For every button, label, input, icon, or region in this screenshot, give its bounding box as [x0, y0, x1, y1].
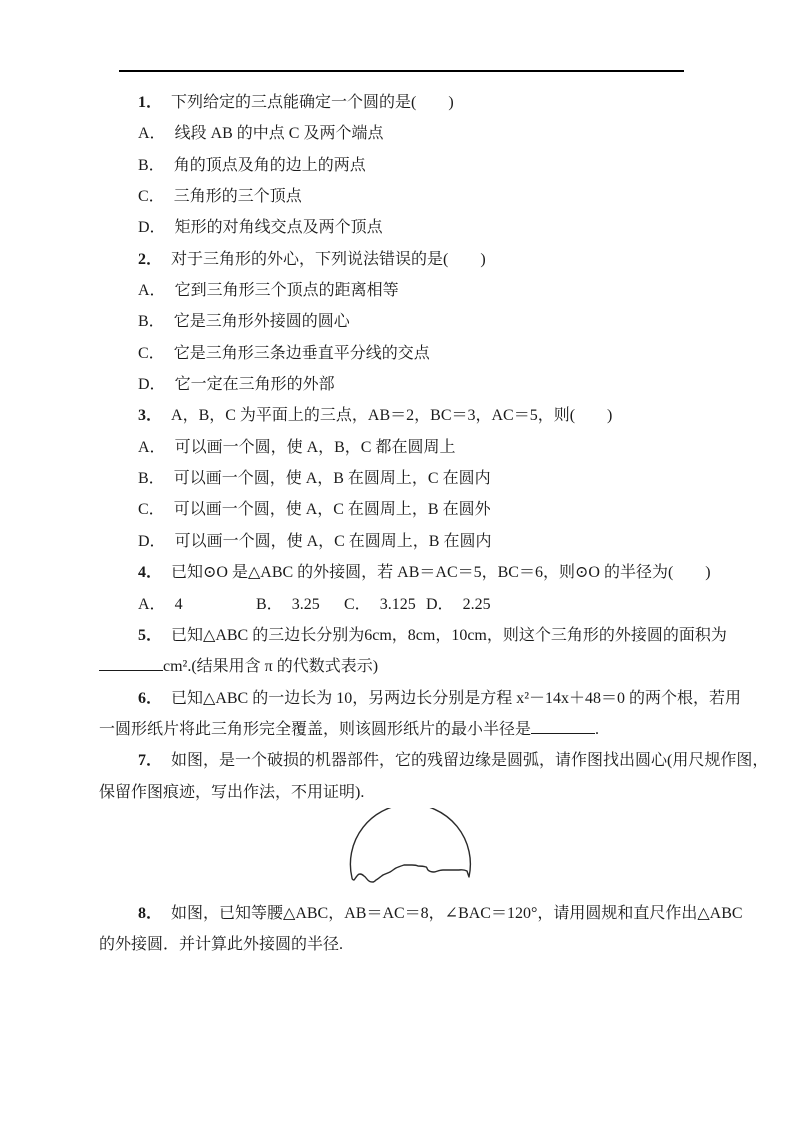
question-3-option-a: A．可以画一个圆，使 A，B，C 都在圆周上 [99, 432, 699, 463]
question-2-stem-text: 对于三角形的外心，下列说法错误的是( ) [171, 251, 486, 268]
question-5-answer-line: cm².(结果用含 π 的代数式表示) [99, 651, 699, 682]
question-8-number: 8． [138, 905, 162, 922]
question-8-stem-line-2: 的外接圆．并计算此外接圆的半径. [99, 929, 699, 960]
question-7-figure-row [99, 808, 699, 898]
question-4-option-c: C．3.125 [344, 589, 426, 620]
question-4-stem-text: 已知⊙O 是△ABC 的外接圆，若 AB＝AC＝5，BC＝6，则⊙O 的半径为(… [171, 564, 711, 581]
worksheet-page: 1．下列给定的三点能确定一个圆的是( ) A．线段 AB 的中点 C 及两个端点… [0, 0, 793, 1122]
question-5-number: 5． [138, 627, 162, 644]
question-7-stem-text: 如图，是一个破损的机器部件，它的残留边缘是圆弧，请作图找出圆心(用尺规作图， [171, 752, 768, 769]
answer-blank [531, 732, 595, 734]
header-divider [119, 70, 684, 72]
question-1-option-a: A．线段 AB 的中点 C 及两个端点 [99, 118, 699, 149]
question-5-stem: 5．已知△ABC 的三边长分别为6cm，8cm，10cm，则这个三角形的外接圆的… [99, 620, 699, 651]
question-5-stem-text: 已知△ABC 的三边长分别为6cm，8cm，10cm，则这个三角形的外接圆的面积… [171, 627, 727, 644]
question-3-stem-text: A，B，C 为平面上的三点，AB＝2，BC＝3，AC＝5，则( ) [171, 407, 612, 424]
question-4-options: A．4B．3.25C．3.125D．2.25 [99, 589, 699, 620]
question-2-number: 2． [138, 251, 162, 268]
question-6-stem-text: 已知△ABC 的一边长为 10，另两边长分别是方程 x²－14x＋48＝0 的两… [171, 690, 741, 707]
question-6-number: 6． [138, 690, 162, 707]
question-4-number: 4． [138, 564, 162, 581]
worksheet-content: 1．下列给定的三点能确定一个圆的是( ) A．线段 AB 的中点 C 及两个端点… [99, 87, 699, 961]
question-7-number: 7． [138, 752, 162, 769]
question-7-stem: 7．如图，是一个破损的机器部件，它的残留边缘是圆弧，请作图找出圆心(用尺规作图， [99, 745, 699, 776]
question-4-option-d: D．2.25 [426, 589, 491, 620]
question-1-option-d: D．矩形的对角线交点及两个顶点 [99, 212, 699, 243]
question-6-answer-line: 一圆形纸片将此三角形完全覆盖，则该圆形纸片的最小半径是. [99, 714, 699, 745]
question-7-stem-line-2: 保留作图痕迹，写出作法，不用证明). [99, 777, 699, 808]
question-3-option-d: D．可以画一个圆，使 A，C 在圆周上，B 在圆内 [99, 526, 699, 557]
question-1-number: 1． [138, 94, 162, 111]
question-2-option-b: B．它是三角形外接圆的圆心 [99, 306, 699, 337]
answer-blank [99, 669, 163, 671]
question-8-stem: 8．如图，已知等腰△ABC，AB＝AC＝8，∠BAC＝120°，请用圆规和直尺作… [99, 898, 699, 929]
question-4-stem: 4．已知⊙O 是△ABC 的外接圆，若 AB＝AC＝5，BC＝6，则⊙O 的半径… [99, 557, 699, 588]
question-4-option-b: B．3.25 [256, 589, 344, 620]
question-2-option-a: A．它到三角形三个顶点的距离相等 [99, 275, 699, 306]
question-5-answer-suffix: cm².(结果用含 π 的代数式表示) [163, 658, 378, 675]
question-1-stem-text: 下列给定的三点能确定一个圆的是( ) [171, 94, 454, 111]
question-3-option-c: C．可以画一个圆，使 A，C 在圆周上，B 在圆外 [99, 494, 699, 525]
question-3-option-b: B．可以画一个圆，使 A，B 在圆周上，C 在圆内 [99, 463, 699, 494]
question-1-stem: 1．下列给定的三点能确定一个圆的是( ) [99, 87, 699, 118]
question-6-answer-prefix: 一圆形纸片将此三角形完全覆盖，则该圆形纸片的最小半径是 [99, 721, 531, 738]
question-2-option-d: D．它一定在三角形的外部 [99, 369, 699, 400]
question-2-option-c: C．它是三角形三条边垂直平分线的交点 [99, 338, 699, 369]
question-4-option-a: A．4 [138, 589, 256, 620]
question-3-number: 3． [138, 407, 162, 424]
question-1-option-c: C．三角形的三个顶点 [99, 181, 699, 212]
question-8-stem-text: 如图，已知等腰△ABC，AB＝AC＝8，∠BAC＝120°，请用圆规和直尺作出△… [171, 905, 743, 922]
question-6-stem: 6．已知△ABC 的一边长为 10，另两边长分别是方程 x²－14x＋48＝0 … [99, 683, 699, 714]
question-3-stem: 3．A，B，C 为平面上的三点，AB＝2，BC＝3，AC＝5，则( ) [99, 400, 699, 431]
question-1-option-b: B．角的顶点及角的边上的两点 [99, 150, 699, 181]
broken-machine-part-arc-figure [348, 808, 484, 898]
question-2-stem: 2．对于三角形的外心，下列说法错误的是( ) [99, 244, 699, 275]
question-6-answer-suffix: . [595, 721, 599, 738]
